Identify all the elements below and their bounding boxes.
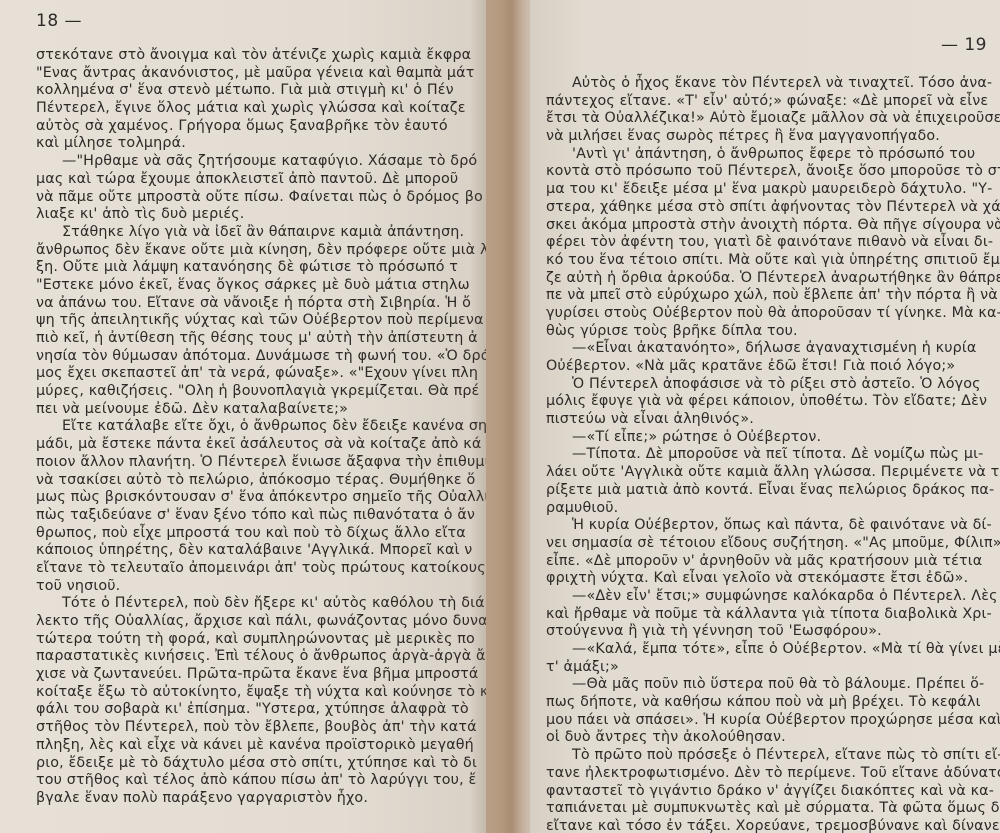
text-line: να ἀπάνω του. Εἴτανε σὰ νἄνοιξε ἡ πόρτα …	[36, 295, 488, 313]
text-line: μως πὼς βρισκόντουσαν σ' ἕνα ἀπόκεντρο σ…	[36, 489, 488, 507]
text-line: μα του κι' ἔδειξε μέσα μ' ἕνα μακρὺ μαυρ…	[546, 181, 1000, 199]
text-line: του στῆθος καὶ τέλος ἀπὸ κάπου πίσω ἀπ' …	[36, 772, 488, 790]
text-line: ταπιάνεται μὲ συμπυκνωτὲς καὶ μὲ σύρματα…	[546, 800, 1000, 818]
text-line: τώτερα τούτη τὴ φορά, καὶ συμπληρώνοντας…	[36, 631, 488, 649]
text-line: μας καὶ τώρα ἔχουμε ἀποκλειστεῖ ἀπὸ παντ…	[36, 171, 488, 189]
text-line: παραστατικὲς κινήσεις. Ἐπὶ τέλους ὁ ἄνθρ…	[36, 648, 488, 666]
text-line: εἴτανε τὸ τελευταῖο ἀπομεινάρι ἀπ' τοὺς …	[36, 560, 488, 578]
text-line: καὶ ἤρθαμε νὰ ποῦμε τὰ κάλλαντα γιὰ τίπο…	[546, 606, 1000, 624]
text-line: Τὸ πρῶτο ποὺ πρόσεξε ὁ Πέντερελ, εἴτανε …	[546, 747, 1000, 765]
text-line: —"Ηρθαμε νὰ σᾶς ζητήσουμε καταφύγιο. Χάσ…	[36, 153, 488, 171]
text-line: χισε νὰ ζωντανεύει. Πρῶτα-πρῶτα ἔκανε ἕν…	[36, 666, 488, 684]
text-line: Οὐέβερτον. «Νὰ μᾶς κρατᾶνε ἐδῶ ἔτσι! Γιὰ…	[546, 358, 1000, 376]
text-line: στεκότανε στὸ ἄνοιγμα καὶ τὸν ἀτένιζε χω…	[36, 47, 488, 65]
text-line: θρωπος, ποὺ εἶχε μπροστά του καὶ ποὺ τὸ …	[36, 525, 488, 543]
text-line: πως δήποτε, νὰ καθήσω κάπου ποὺ νὰ μὴ βρ…	[546, 694, 1000, 712]
text-line: τ' ἀμάξι;»	[546, 659, 1000, 677]
text-line: Εἴτε κατάλαβε εἴτε ὄχι, ὁ ἄνθρωπος δὲν ἔ…	[36, 418, 488, 436]
text-line: βγαλε ἕναν πολὺ παράξενο γαργαριστὸν ἦχο…	[36, 790, 488, 808]
text-line: λιαξε κι' ἀπὸ τὶς δυὸ μεριές.	[36, 206, 488, 224]
text-line: Ἡ κυρία Οὐέβερτον, ὅπως καὶ πάντα, δὲ φα…	[546, 517, 1000, 535]
text-line: Πέντερελ, ἔγινε ὅλος μάτια καὶ χωρὶς γλώ…	[36, 100, 488, 118]
text-line: ζε αὐτὴ ἡ ὄρθια ἀρκούδα. Ὁ Πέντερελ ἀναρ…	[546, 270, 1000, 288]
text-line: ξη. Οὔτε μιὰ λάμψη κατανόησης δὲ φώτισε …	[36, 259, 488, 277]
text-line: νὰ πᾶμε οὔτε μπροστὰ οὔτε πίσω. Φαίνεται…	[36, 189, 488, 207]
text-line: γυρίσει στοὺς Οὐέβερτον ποὺ θὰ ἀποροῦσαν…	[546, 305, 1000, 323]
text-line: πε νὰ μπεῖ στὸ εὐρύχωρο χώλ, ποὺ ἔβλεπε …	[546, 287, 1000, 305]
page-number-right: — 19	[941, 35, 987, 55]
text-line: πάντεχος εἴτανε. «Τ' εἶν' αὐτό;» φώναξε:…	[546, 93, 1000, 111]
text-line: θὼς γύρισε τοὺς βρῆκε δίπλα του.	[546, 323, 1000, 341]
page-number-left: 18 —	[36, 11, 82, 31]
text-line: —«Δὲν εἶν' ἔτσι;» συμφώνησε καλόκαρδα ὁ …	[546, 588, 1000, 606]
text-line: νει σημασία σὲ τέτοιου εἴδους συζήτηση. …	[546, 535, 1000, 553]
text-line: πληξη, λὲς καὶ εἶχε νὰ κάνει μὲ κανένα π…	[36, 737, 488, 755]
text-line: φέρει τὸν ἀφέντη του, γιατὶ δὲ φαινότανε…	[546, 234, 1000, 252]
text-line: στῆθος τὸν Πέντερελ, ποὺ τὸν ἔβλεπε, βου…	[36, 719, 488, 737]
text-line: πιὸ κεῖ, ἡ ἀντίθεση τῆς θέσης τους μ' αὐ…	[36, 330, 488, 348]
text-line: φανταστεῖ τὸ γιγάντιο δράκο ν' ἀγγίζει δ…	[546, 783, 1000, 801]
text-line: Τότε ὁ Πέντερελ, ποὺ δὲν ἤξερε κι' αὐτὸς…	[36, 595, 488, 613]
text-line: πει νὰ μείνουμε ἐδῶ. Δὲν καταλαβαίνετε;»	[36, 401, 488, 419]
text-line: ἔτσι τὰ Οὐαλλέζικα!» Αὐτὸ ἔμοιαζε μᾶλλον…	[546, 110, 1000, 128]
text-line: πιστεύω νὰ εἶναι ἀληθινός».	[546, 411, 1000, 429]
text-line: αὐτὸς σὰ χαμένος. Γρήγορα ὅμως ξαναβρῆκε…	[36, 118, 488, 136]
text-line: κοίταξε ἔξω τὸ αὐτοκίνητο, ἔψαξε τὴ νύχτ…	[36, 684, 488, 702]
text-line: Αὐτὸς ὁ ἦχος ἔκανε τὸν Πέντερελ νὰ τιναχ…	[546, 75, 1000, 93]
text-line: —Τίποτα. Δὲ μποροῦσε νὰ πεῖ τίποτα. Δὲ ν…	[546, 446, 1000, 464]
text-line: φριχτὴ νύχτα. Καὶ εἶναι γελοῖο νὰ στεκόμ…	[546, 570, 1000, 588]
text-line: κοντὰ στὸ πρόσωπο τοῦ Πέντερελ, ἄνοιξε ὅ…	[546, 163, 1000, 181]
text-line: ἄνθρωπος δὲν ἔκανε οὔτε μιὰ κίνηση, δὲν …	[36, 242, 488, 260]
text-line: μύρες, καθιζήσεις. "Ολη ἡ βουνοπλαγιὰ γκ…	[36, 383, 488, 401]
text-line: Ὁ Πέντερελ ἀποφάσισε νὰ τὸ ρίξει στὸ ἀστ…	[546, 376, 1000, 394]
text-line: ρίξετε μιὰ ματιὰ ἀπὸ κοντά. Εἶναι ἕνας π…	[546, 482, 1000, 500]
text-line: "Εστεκε μόνο ἐκεῖ, ἕνας ὄγκος σάρκες μὲ …	[36, 277, 488, 295]
text-line: μόλις ἔφυγε γιὰ νὰ φέρει κάποιον, ὑποθέτ…	[546, 393, 1000, 411]
text-line: καὶ μίλησε τολμηρά.	[36, 135, 488, 153]
text-line: πὼς ταξιδεύανε σ' ἕναν ξένο τόπο καὶ πὼς…	[36, 507, 488, 525]
text-line: νὰ τσακίσει αὐτὸ τὸ πελώριο, ἀπόκοσμο τέ…	[36, 472, 488, 490]
text-line: —«Καλά, ἔμπα τότε», εἶπε ὁ Οὐέβερτον. «Μ…	[546, 641, 1000, 659]
text-line: μάδι, μὰ ἔστεκε πάντα ἐκεῖ ἀσάλευτος σὰ …	[36, 436, 488, 454]
text-line: ριο, ἔδειξε μὲ τὸ δάχτυλο μέσα στὸ σπίτι…	[36, 755, 488, 773]
text-line: ραμυθιοῦ.	[546, 500, 1000, 518]
text-line: στερα, χάθηκε μέσα στὸ σπίτι ἀφήνοντας τ…	[546, 199, 1000, 217]
text-line: νὰ μιλήσει ἕνας σωρὸς πέτρες ἢ ἕνα μαγγα…	[546, 128, 1000, 146]
text-line: φάλι του σοβαρὰ κι' ἐπίσημα. "Υστερα, χτ…	[36, 701, 488, 719]
text-line: ποιον ἄλλον πλανήτη. Ὁ Πέντερελ ἔνιωσε ἄ…	[36, 454, 488, 472]
text-line: λάει οὔτε 'Αγγλικὰ οὔτε καμιὰ ἄλλη γλώσσ…	[546, 464, 1000, 482]
text-line: τοῦ νησιοῦ.	[36, 578, 488, 596]
right-page: — 19 Αὐτὸς ὁ ἦχος ἔκανε τὸν Πέντερελ νὰ …	[530, 0, 1000, 833]
text-line: κό του ἕνα τέτοιο σπίτι. Μὰ οὔτε καὶ γιὰ…	[546, 252, 1000, 270]
text-line: εἶπε. «Δὲ μποροῦν ν' ἀρνηθοῦν νὰ μᾶς κρα…	[546, 553, 1000, 571]
text-line: στούγεννα ἢ γιὰ τὴ γέννηση τοῦ 'Εωσφόρου…	[546, 623, 1000, 641]
left-page: 18 — στεκότανε στὸ ἄνοιγμα καὶ τὸν ἀτένι…	[0, 0, 488, 833]
text-line: τανε ἠλεκτροφωτισμένο. Δὲν τὸ περίμενε. …	[546, 765, 1000, 783]
text-line: κολλημένα σ' ἕνα στενὸ μέτωπο. Γιὰ μιὰ σ…	[36, 82, 488, 100]
text-line: λεκτο τῆς Οὐαλλίας, ἄρχισε καὶ πάλι, φων…	[36, 613, 488, 631]
text-line: εἴτανε καὶ τόσο ἐν τάξει. Χορεύανε, τρεμ…	[546, 818, 1000, 833]
text-line: νησία τὸν θύμωσαν ἀπότομα. Δυνάμωσε τὴ φ…	[36, 348, 488, 366]
text-line: —«Τί εἶπε;» ρώτησε ὁ Οὐέβερτον.	[546, 429, 1000, 447]
text-line: μου πάει νὰ σπάσει». Ἡ κυρία Οὐέβερτον π…	[546, 712, 1000, 730]
right-page-text: Αὐτὸς ὁ ἦχος ἔκανε τὸν Πέντερελ νὰ τιναχ…	[546, 75, 1000, 833]
text-line: μος ἔχει σκεπαστεῖ ἀπ' τὰ νερά, φώναξε».…	[36, 365, 488, 383]
text-line: —Θὰ μᾶς ποῦν πιὸ ὕστερα ποῦ θὰ τὸ βάλουμ…	[546, 676, 1000, 694]
text-line: σκει ἀκόμα μπροστὰ στὴν ἀνοιχτὴ πόρτα. Θ…	[546, 217, 1000, 235]
text-line: "Ενας ἄντρας ἀκανόνιστος, μὲ μαῦρα γένει…	[36, 65, 488, 83]
text-line: —«Εἶναι ἀκατανόητο», δήλωσε ἀγαναχτισμέν…	[546, 340, 1000, 358]
book-gutter	[486, 0, 532, 833]
text-line: ψη τῆς ἀπειλητικῆς νύχτας καὶ τῶν Οὐέβερ…	[36, 312, 488, 330]
text-line: οἱ δυὸ ἄντρες τὴν ἀκολούθησαν.	[546, 729, 1000, 747]
text-line: κάποιος ὑπηρέτης, δὲν καταλάβαινε 'Αγγλι…	[36, 542, 488, 560]
text-line: Στάθηκε λίγο γιὰ νὰ ἰδεῖ ἂν θάπαιρνε καμ…	[36, 224, 488, 242]
left-page-text: στεκότανε στὸ ἄνοιγμα καὶ τὸν ἀτένιζε χω…	[36, 47, 488, 808]
text-line: 'Αντὶ γι' ἀπάντηση, ὁ ἄνθρωπος ἔφερε τὸ …	[546, 146, 1000, 164]
